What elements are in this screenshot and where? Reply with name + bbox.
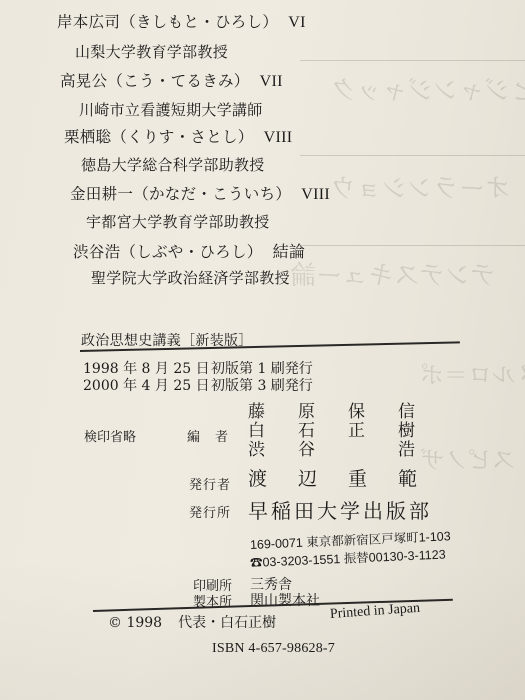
editors-label: 編 者 [187,426,229,445]
contributor-affiliation: 川崎市立看護短期大学講師 [79,99,263,120]
binder-name: 関山製本社 [250,590,320,610]
printed-in-japan: Printed in Japan [329,601,420,623]
publisher-label: 発行所 [189,502,231,521]
contributor-name: 金田耕一（かなだ・こういち）VIII [70,182,330,204]
publisher-name: 早稲田大学出版部 [248,495,432,524]
contributor-affiliation: 聖学院大学政治経済学部教授 [91,267,290,288]
contributor-affiliation: 徳島大学総合科学部助教授 [81,154,265,175]
representative: 代表・白石正樹 [178,615,276,631]
edition-line: 2000 年 4 月 25 日初版第 3 刷発行 [83,375,313,395]
contributor-affiliation: 宇都宮大学教育学部助教授 [86,211,270,232]
contributor-affiliation: 山梨大学教育学部教授 [75,41,228,62]
contributor-name: 高晃公（こう・てるきみ）VII [60,69,283,91]
seal-omitted-label: 検印省略 [84,426,136,445]
copyright: © 1998 [108,615,162,631]
contributor-name: 栗栖聡（くりす・さとし）VIII [64,125,292,147]
isbn: ISBN 4-657-98628-7 [212,641,335,657]
contributor-name: 岸本広司（きしもと・ひろし）VI [57,10,306,32]
issuer-label: 発行者 [189,474,231,493]
copyright-line: © 1998代表・白石正樹 [108,612,276,632]
contributor-name: 渋谷浩（しぶや・ひろし）結論 [73,239,305,262]
